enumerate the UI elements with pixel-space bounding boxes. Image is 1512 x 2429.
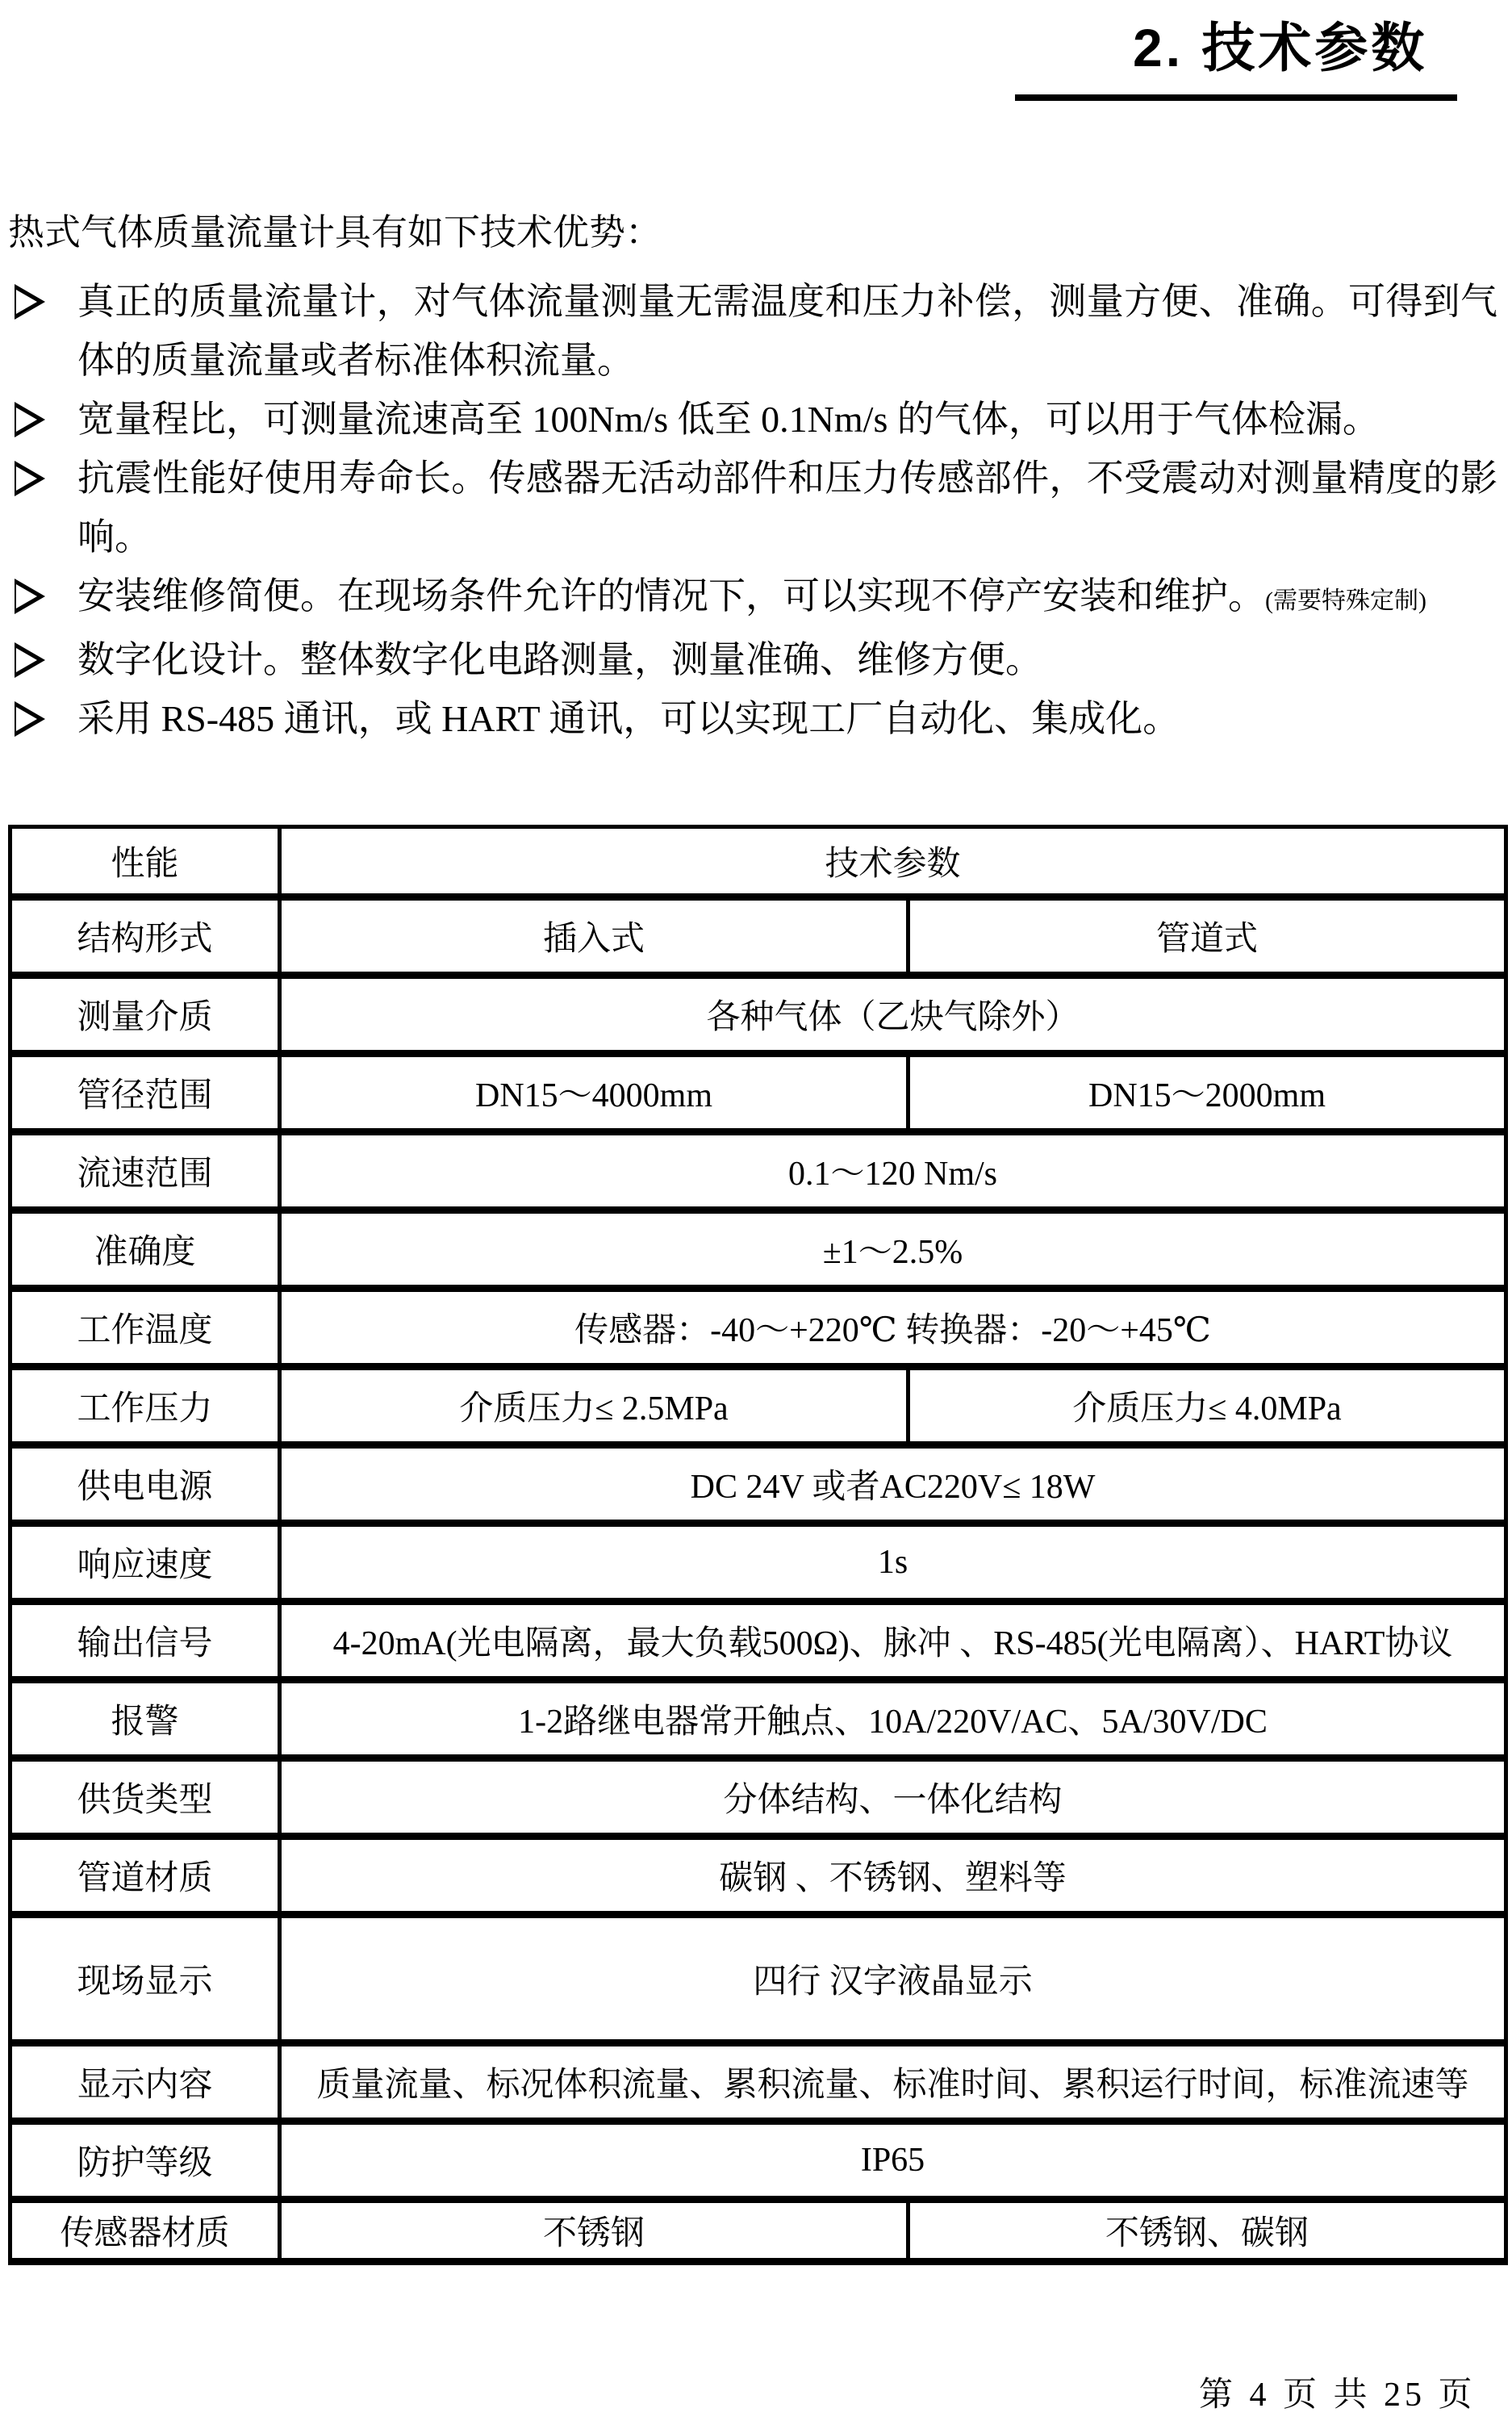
table-row: 输出信号 4-20mA(光电隔离，最大负载500Ω)、脉冲 、RS-485(光电…	[10, 1602, 1506, 1680]
row-value: 质量流量、标况体积流量、累积流量、标准时间、累积运行时间，标准流速等	[280, 2043, 1506, 2122]
table-row: 工作压力 介质压力≤ 2.5MPa 介质压力≤ 4.0MPa	[10, 1367, 1506, 1445]
arrowhead-right-icon	[15, 642, 45, 678]
row-value-right: 不锈钢、碳钢	[908, 2200, 1506, 2262]
arrowhead-right-icon	[15, 402, 45, 437]
row-label: 测量介质	[10, 976, 280, 1054]
list-item-text: 宽量程比，可测量流速高至 100Nm/s 低至 0.1Nm/s 的气体，可以用于…	[77, 399, 1380, 440]
row-label: 供电电源	[10, 1445, 280, 1524]
row-label: 性能	[10, 827, 280, 897]
row-value-right: DN15～2000mm	[908, 1054, 1506, 1132]
row-label: 显示内容	[10, 2043, 280, 2122]
row-value: 1-2路继电器常开触点、10A/220V/AC、5A/30V/DC	[280, 1680, 1506, 1758]
spec-table: 性能 技术参数 结构形式 插入式 管道式 测量介质 各种气体（乙炔气除外） 管径…	[8, 825, 1508, 2265]
row-value: 0.1～120 Nm/s	[280, 1132, 1506, 1210]
table-row: 显示内容 质量流量、标况体积流量、累积流量、标准时间、累积运行时间，标准流速等	[10, 2043, 1506, 2122]
list-item: 抗震性能好使用寿命长。传感器无活动部件和压力传感部件，不受震动对测量精度的影响。	[8, 449, 1497, 566]
table-row: 准确度 ±1～2.5%	[10, 1210, 1506, 1289]
row-value-left: 介质压力≤ 2.5MPa	[280, 1367, 908, 1445]
row-value-right: 介质压力≤ 4.0MPa	[908, 1367, 1506, 1445]
table-row: 供货类型 分体结构、一体化结构	[10, 1758, 1506, 1837]
list-item: 安装维修简便。在现场条件允许的情况下，可以实现不停产安装和维护。(需要特殊定制)	[8, 566, 1497, 630]
advantages-list: 真正的质量流量计，对气体流量测量无需温度和压力补偿，测量方便、准确。可得到气体的…	[8, 272, 1506, 748]
table-row: 结构形式 插入式 管道式	[10, 897, 1506, 976]
table-row: 防护等级 IP65	[10, 2122, 1506, 2200]
arrowhead-right-icon	[15, 701, 45, 737]
list-item-text: 安装维修简便。在现场条件允许的情况下，可以实现不停产安装和维护。	[77, 575, 1265, 617]
advantages-section: 热式气体质量流量计具有如下技术优势： 真正的质量流量计，对气体流量测量无需温度和…	[8, 203, 1506, 748]
row-label: 防护等级	[10, 2122, 280, 2200]
page-footer: 第 4 页 共 25 页	[1199, 2368, 1476, 2416]
table-row: 管径范围 DN15～4000mm DN15～2000mm	[10, 1054, 1506, 1132]
row-value-left: DN15～4000mm	[280, 1054, 908, 1132]
row-label: 工作压力	[10, 1367, 280, 1445]
list-item: 数字化设计。整体数字化电路测量，测量准确、维修方便。	[8, 630, 1497, 689]
table-row: 报警 1-2路继电器常开触点、10A/220V/AC、5A/30V/DC	[10, 1680, 1506, 1758]
row-label: 报警	[10, 1680, 280, 1758]
row-value: 碳钢 、不锈钢、塑料等	[280, 1837, 1506, 1915]
list-item-text: 采用 RS-485 通讯，或 HART 通讯，可以实现工厂自动化、集成化。	[77, 698, 1180, 739]
row-value: 四行 汉字液晶显示	[280, 1915, 1506, 2043]
row-label: 工作温度	[10, 1289, 280, 1367]
intro-text: 热式气体质量流量计具有如下技术优势：	[8, 203, 1506, 262]
document-page: { "title": { "text": "2. 技术参数" }, "intro…	[0, 0, 1512, 2429]
row-label: 现场显示	[10, 1915, 280, 2043]
arrowhead-right-icon	[15, 579, 45, 614]
row-label: 管径范围	[10, 1054, 280, 1132]
table-row: 传感器材质 不锈钢 不锈钢、碳钢	[10, 2200, 1506, 2262]
arrowhead-right-icon	[15, 461, 45, 496]
list-item: 宽量程比，可测量流速高至 100Nm/s 低至 0.1Nm/s 的气体，可以用于…	[8, 390, 1497, 449]
row-value: 1s	[280, 1524, 1506, 1602]
list-item-text: 真正的质量流量计，对气体流量测量无需温度和压力补偿，测量方便、准确。可得到气体的…	[77, 281, 1497, 381]
row-label: 传感器材质	[10, 2200, 280, 2262]
row-value-right: 管道式	[908, 897, 1506, 976]
row-value-left: 插入式	[280, 897, 908, 976]
row-value: 4-20mA(光电隔离，最大负载500Ω)、脉冲 、RS-485(光电隔离）、H…	[280, 1602, 1506, 1680]
list-item: 采用 RS-485 通讯，或 HART 通讯，可以实现工厂自动化、集成化。	[8, 689, 1497, 748]
row-value: ±1～2.5%	[280, 1210, 1506, 1289]
list-item: 真正的质量流量计，对气体流量测量无需温度和压力补偿，测量方便、准确。可得到气体的…	[8, 272, 1497, 390]
table-row: 性能 技术参数	[10, 827, 1506, 897]
row-value: 技术参数	[280, 827, 1506, 897]
row-label: 流速范围	[10, 1132, 280, 1210]
table-row: 现场显示 四行 汉字液晶显示	[10, 1915, 1506, 2043]
row-label: 输出信号	[10, 1602, 280, 1680]
row-label: 管道材质	[10, 1837, 280, 1915]
row-label: 准确度	[10, 1210, 280, 1289]
table-row: 供电电源 DC 24V 或者AC220V≤ 18W	[10, 1445, 1506, 1524]
table-row: 工作温度 传感器：-40～+220℃ 转换器：-20～+45℃	[10, 1289, 1506, 1367]
arrowhead-right-icon	[15, 284, 45, 320]
list-item-text: 抗震性能好使用寿命长。传感器无活动部件和压力传感部件，不受震动对测量精度的影响。	[77, 458, 1497, 558]
table-row: 管道材质 碳钢 、不锈钢、塑料等	[10, 1837, 1506, 1915]
row-value: IP65	[280, 2122, 1506, 2200]
row-value: 各种气体（乙炔气除外）	[280, 976, 1506, 1054]
row-label: 响应速度	[10, 1524, 280, 1602]
list-item-text: 数字化设计。整体数字化电路测量，测量准确、维修方便。	[77, 639, 1042, 680]
table-row: 流速范围 0.1～120 Nm/s	[10, 1132, 1506, 1210]
title-underline	[1015, 94, 1457, 101]
page-title: 2. 技术参数	[1133, 5, 1427, 82]
list-item-note: (需要特殊定制)	[1265, 587, 1426, 614]
row-label: 供货类型	[10, 1758, 280, 1837]
row-value: 分体结构、一体化结构	[280, 1758, 1506, 1837]
table-row: 测量介质 各种气体（乙炔气除外）	[10, 976, 1506, 1054]
table-row: 响应速度 1s	[10, 1524, 1506, 1602]
row-value: DC 24V 或者AC220V≤ 18W	[280, 1445, 1506, 1524]
row-label: 结构形式	[10, 897, 280, 976]
row-value-left: 不锈钢	[280, 2200, 908, 2262]
spec-table-section: 性能 技术参数 结构形式 插入式 管道式 测量介质 各种气体（乙炔气除外） 管径…	[8, 825, 1508, 2265]
row-value: 传感器：-40～+220℃ 转换器：-20～+45℃	[280, 1289, 1506, 1367]
